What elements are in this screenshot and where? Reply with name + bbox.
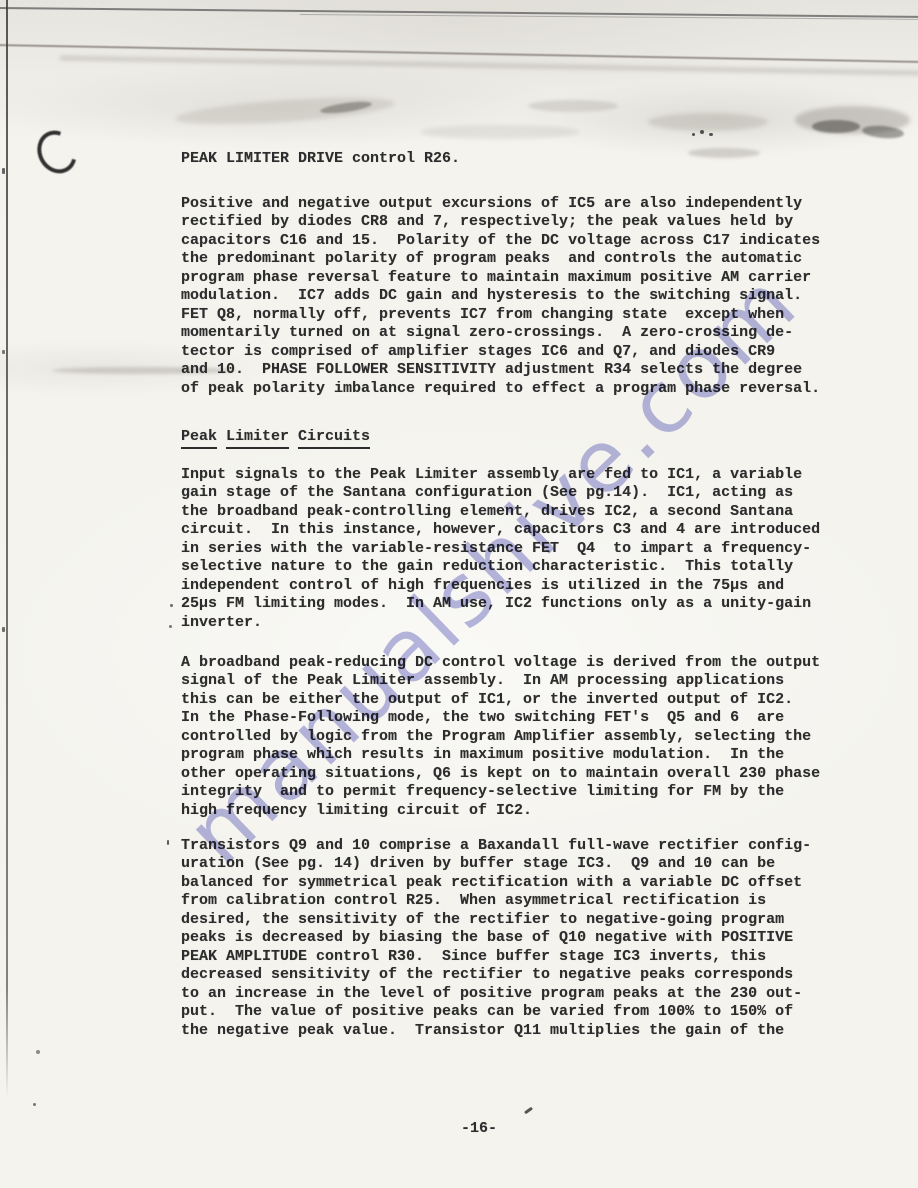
scan-smear-line (0, 44, 918, 63)
ink-speck (170, 604, 173, 607)
smudge (812, 120, 860, 133)
text-line: Transistors Q9 and 10 comprise a Baxanda… (181, 837, 811, 855)
text-line: circuit. In this instance, however, capa… (181, 521, 820, 539)
text-line: in series with the variable-resistance F… (181, 540, 820, 558)
text-line: FET Q8, normally off, prevents IC7 from … (181, 306, 820, 324)
page-title: PEAK LIMITER DRIVE control R26. (181, 150, 460, 168)
ink-speck (169, 625, 172, 628)
ink-speck (700, 130, 704, 134)
smudge (420, 125, 580, 139)
smudge (862, 124, 905, 140)
ink-speck (2, 350, 5, 354)
text-line: program phase which results in maximum p… (181, 746, 820, 764)
text-line: independent control of high frequencies … (181, 577, 820, 595)
scanned-manual-page: PEAK LIMITER DRIVE control R26. Positive… (0, 0, 918, 1188)
ink-speck (167, 840, 169, 845)
ink-speck (524, 1107, 533, 1115)
text-line: put. The value of positive peaks can be … (181, 1003, 811, 1021)
text-line: other operating situations, Q6 is kept o… (181, 765, 820, 783)
text-line: desired, the sensitivity of the rectifie… (181, 911, 811, 929)
text-line: capacitors C16 and 15. Polarity of the D… (181, 232, 820, 250)
text-line: the negative peak value. Transistor Q11 … (181, 1022, 811, 1040)
smudge (528, 100, 618, 112)
text-line: A broadband peak-reducing DC control vol… (181, 654, 820, 672)
text-line: from calibration control R25. When asymm… (181, 892, 811, 910)
paragraph: Input signals to the Peak Limiter assemb… (181, 466, 820, 632)
section-heading: PeakLimiterCircuits (181, 428, 370, 449)
text-line: selective nature to the gain reduction c… (181, 558, 820, 576)
paragraph: A broadband peak-reducing DC control vol… (181, 654, 820, 820)
heading-word: Circuits (298, 428, 370, 449)
text-line: tector is comprised of amplifier stages … (181, 343, 820, 361)
text-line: and 10. PHASE FOLLOWER SENSITIVITY adjus… (181, 361, 820, 379)
text-line: momentarily turned on at signal zero-cro… (181, 324, 820, 342)
scan-line-top-right (300, 14, 918, 20)
ink-speck (709, 133, 713, 136)
smudge (175, 92, 396, 129)
text-line: program phase reversal feature to mainta… (181, 269, 820, 287)
text-line: the broadband peak-controlling element, … (181, 503, 820, 521)
text-line: PEAK AMPLITUDE control R30. Since buffer… (181, 948, 811, 966)
smudge (320, 99, 373, 115)
paragraph: Positive and negative output excursions … (181, 195, 820, 398)
scan-smear-line-soft (60, 56, 918, 75)
text-line: uration (See pg. 14) driven by buffer st… (181, 855, 811, 873)
text-line: Input signals to the Peak Limiter assemb… (181, 466, 820, 484)
text-line: rectified by diodes CR8 and 7, respectiv… (181, 213, 820, 231)
text-line: signal of the Peak Limiter assembly. In … (181, 672, 820, 690)
smudge (795, 106, 910, 134)
text-line: 25µs FM limiting modes. In AM use, IC2 f… (181, 595, 820, 613)
page-edge-line (6, 0, 8, 1098)
scan-line-top (0, 7, 918, 18)
ink-speck (2, 168, 5, 174)
text-line: of peak polarity imbalance required to e… (181, 380, 820, 398)
text-line: controlled by logic from the Program Amp… (181, 728, 820, 746)
smudge (648, 113, 768, 131)
ink-speck (33, 1103, 36, 1106)
paragraph: Transistors Q9 and 10 comprise a Baxanda… (181, 837, 811, 1040)
text-line: In the Phase-Following mode, the two swi… (181, 709, 820, 727)
heading-word: Limiter (226, 428, 289, 449)
text-line: gain stage of the Santana configuration … (181, 484, 820, 502)
heading-word: Peak (181, 428, 217, 449)
text-line: modulation. IC7 adds DC gain and hystere… (181, 287, 820, 305)
smudge (688, 148, 760, 158)
text-line: the predominant polarity of program peak… (181, 250, 820, 268)
text-line: high frequency limiting circuit of IC2. (181, 802, 820, 820)
text-line: to an increase in the level of positive … (181, 985, 811, 1003)
page-number: -16- (461, 1120, 497, 1138)
text-line: this can be either the output of IC1, or… (181, 691, 820, 709)
ink-speck (692, 133, 695, 136)
text-line: Positive and negative output excursions … (181, 195, 820, 213)
text-line: decreased sensitivity of the rectifier t… (181, 966, 811, 984)
pen-circle-mark (30, 124, 84, 181)
ink-speck (2, 627, 5, 632)
ink-speck (36, 1050, 40, 1054)
text-line: balanced for symmetrical peak rectificat… (181, 874, 811, 892)
text-line: integrity and to permit frequency-select… (181, 783, 820, 801)
text-line: peaks is decreased by biasing the base o… (181, 929, 811, 947)
text-line: inverter. (181, 614, 820, 632)
